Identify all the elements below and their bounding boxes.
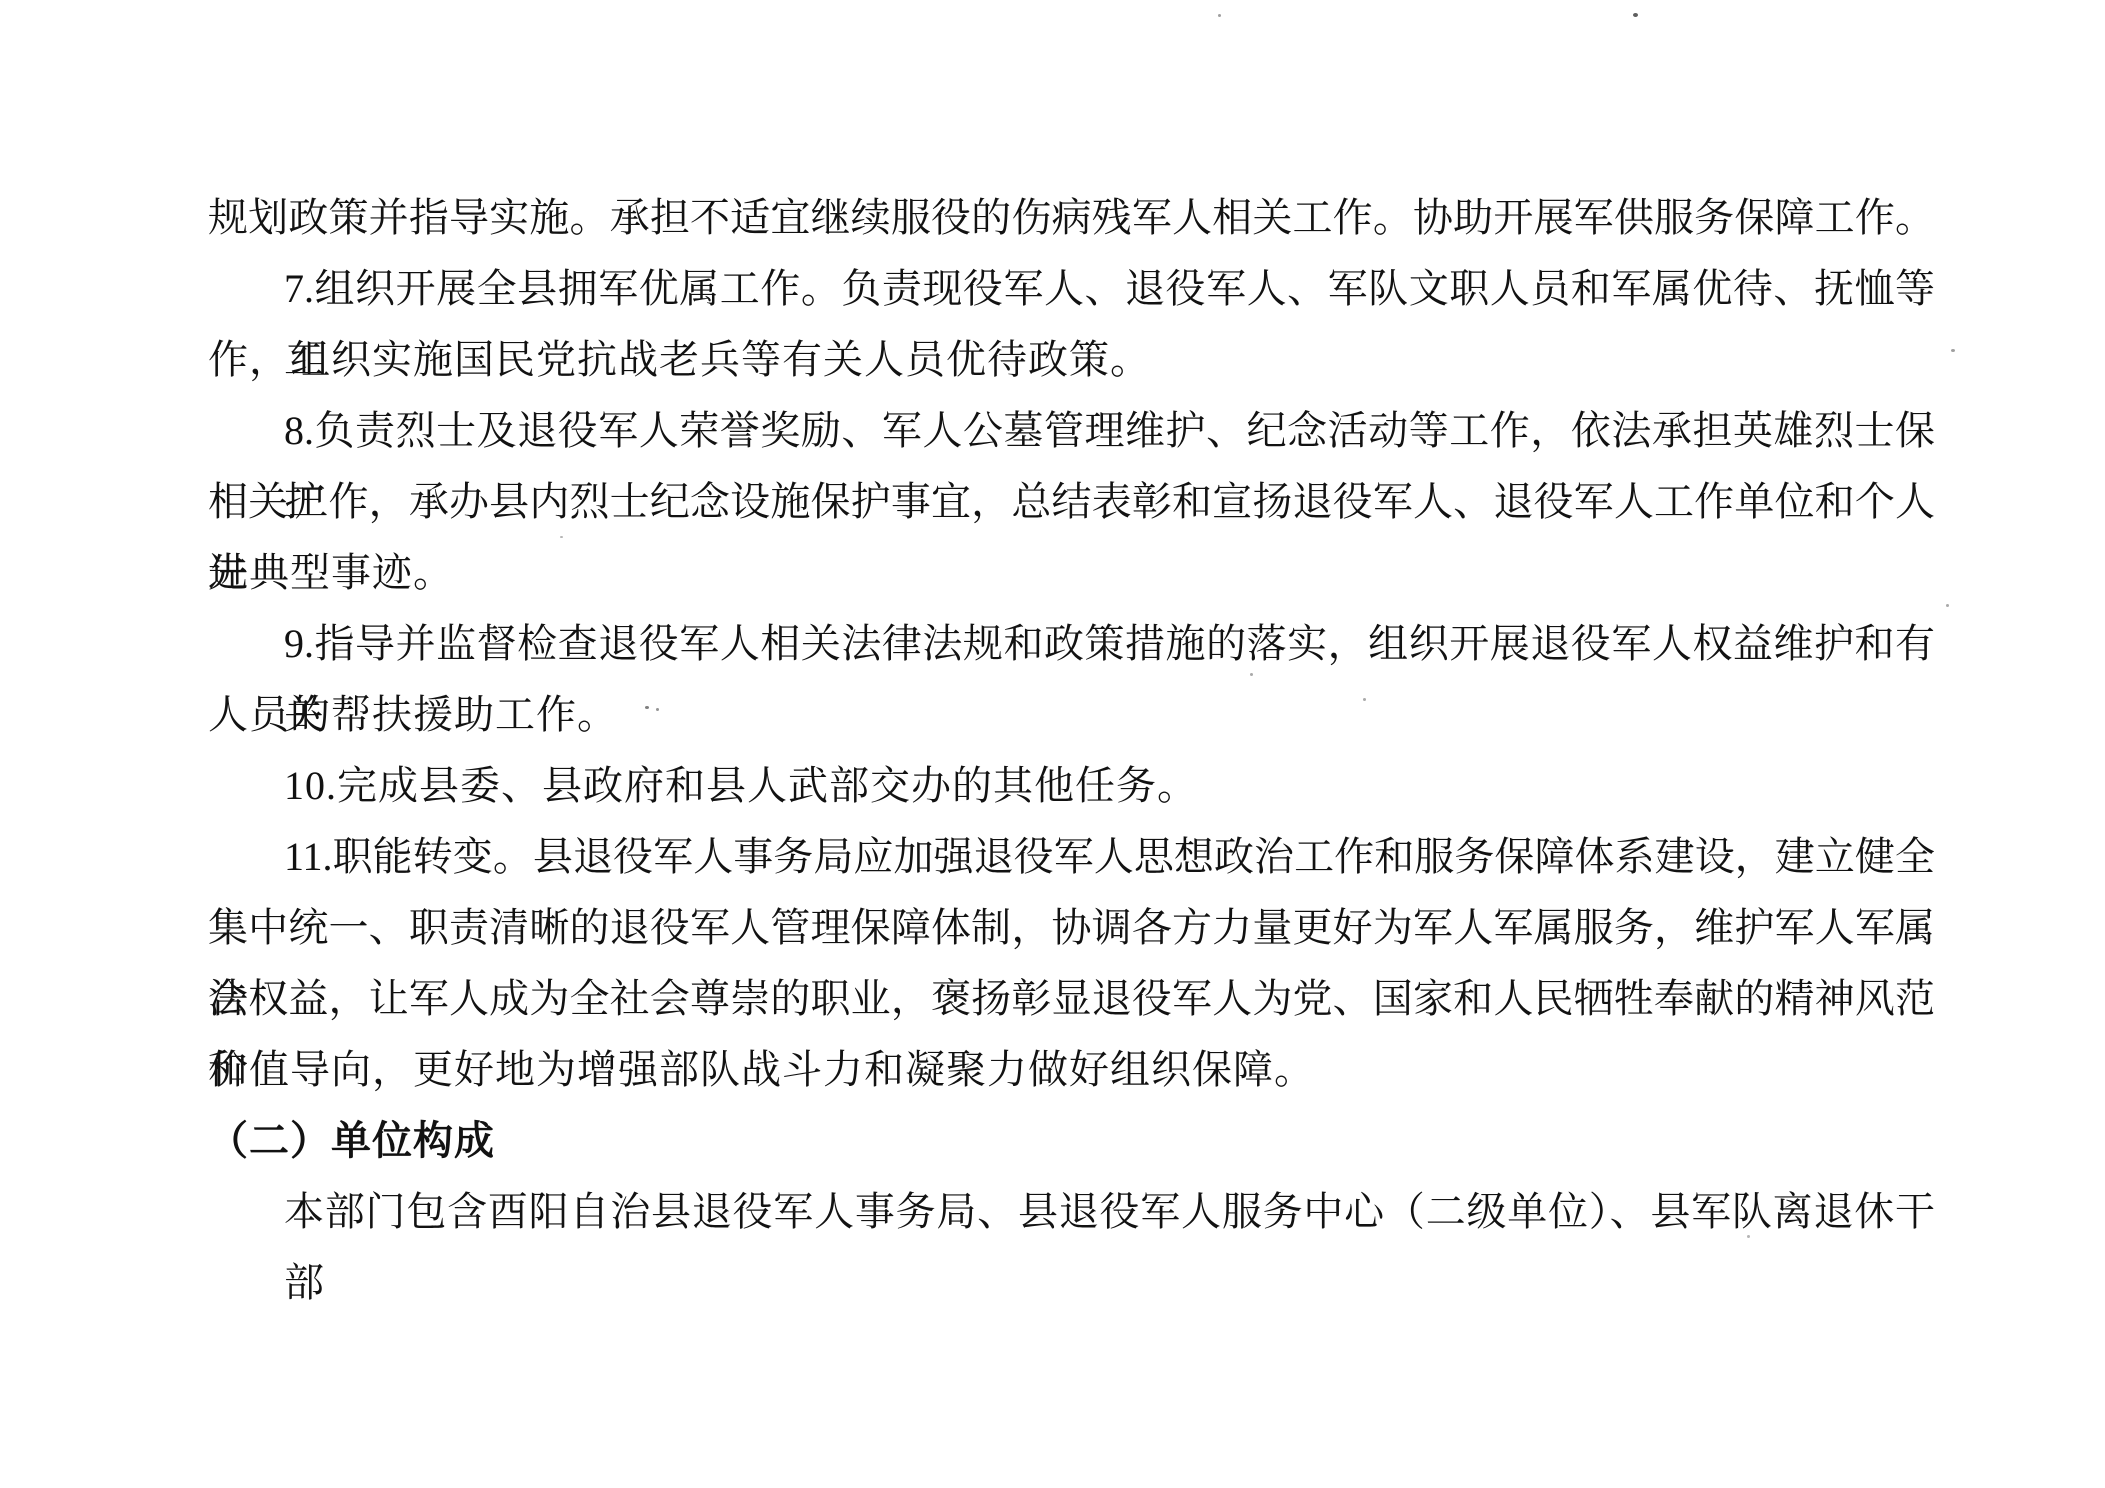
section-heading: （二）单位构成: [208, 1105, 1935, 1176]
text-line: 相关工作，承办县内烈士纪念设施保护事宜，总结表彰和宣扬退役军人、退役军人工作单位…: [208, 466, 1935, 537]
text-line: 进典型事迹。: [208, 537, 1935, 608]
scan-speck: [645, 706, 649, 709]
scan-speck: [656, 708, 659, 711]
scan-speck: [1747, 1235, 1750, 1238]
text-line: 作，组织实施国民党抗战老兵等有关人员优待政策。: [208, 324, 1935, 395]
text-line: 法权益，让军人成为全社会尊崇的职业，褒扬彰显退役军人为党、国家和人民牺牲奉献的精…: [208, 963, 1935, 1034]
document-text-block: 规划政策并指导实施。承担不适宜继续服役的伤病残军人相关工作。协助开展军供服务保障…: [208, 182, 1935, 1247]
scan-speck: [560, 536, 563, 538]
text-line: 价值导向，更好地为增强部队战斗力和凝聚力做好组织保障。: [208, 1034, 1935, 1105]
text-line: 集中统一、职责清晰的退役军人管理保障体制，协调各方力量更好为军人军属服务，维护军…: [208, 892, 1935, 963]
text-line: 7.组织开展全县拥军优属工作。负责现役军人、退役军人、军队文职人员和军属优待、抚…: [208, 253, 1935, 324]
text-line: 11.职能转变。县退役军人事务局应加强退役军人思想政治工作和服务保障体系建设，建…: [208, 821, 1935, 892]
scan-speck: [1946, 604, 1949, 607]
scan-speck: [1951, 349, 1955, 352]
scan-speck: [1218, 14, 1221, 17]
text-line: 10.完成县委、县政府和县人武部交办的其他任务。: [208, 750, 1935, 821]
text-line: 本部门包含酉阳自治县退役军人事务局、县退役军人服务中心（二级单位）、县军队离退休…: [208, 1176, 1935, 1247]
scanned-document-page: { "page": { "background_color": "#ffffff…: [0, 0, 2105, 1488]
scan-speck: [1363, 698, 1366, 701]
text-line: 9.指导并监督检查退役军人相关法律法规和政策措施的落实，组织开展退役军人权益维护…: [208, 608, 1935, 679]
text-line: 规划政策并指导实施。承担不适宜继续服役的伤病残军人相关工作。协助开展军供服务保障…: [208, 182, 1935, 253]
text-line: 人员的帮扶援助工作。: [208, 679, 1935, 750]
scan-speck: [1633, 13, 1638, 17]
scan-speck: [1250, 673, 1253, 676]
text-line: 8.负责烈士及退役军人荣誉奖励、军人公墓管理维护、纪念活动等工作，依法承担英雄烈…: [208, 395, 1935, 466]
